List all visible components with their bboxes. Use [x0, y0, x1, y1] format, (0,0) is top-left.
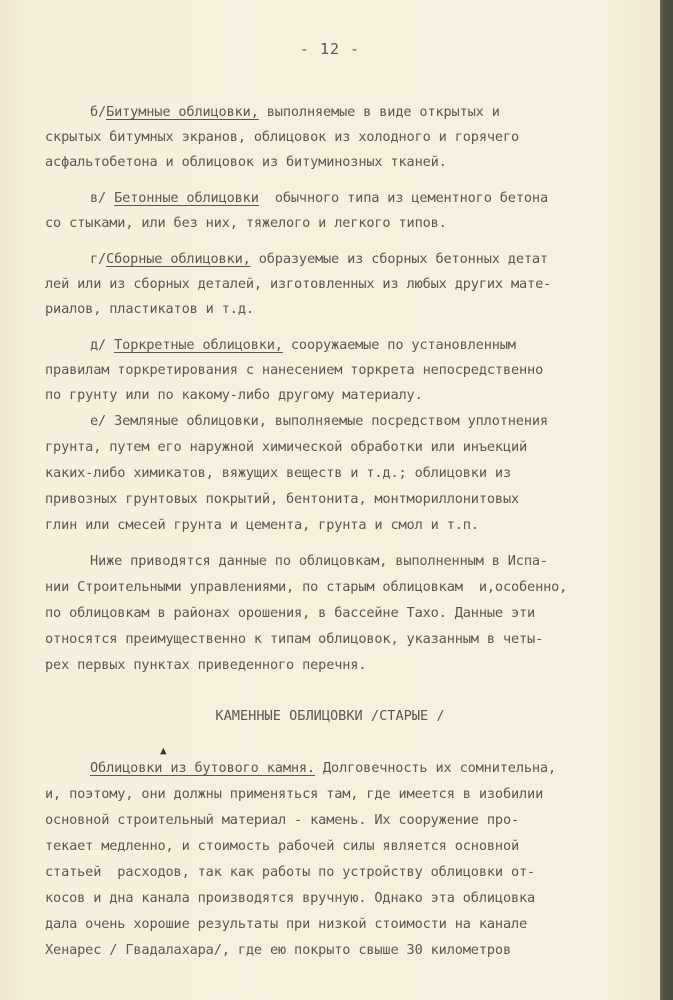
item-marker: г/	[90, 251, 106, 267]
binding-edge	[660, 0, 673, 1000]
handwritten-mark: ▲	[160, 744, 167, 757]
paragraph-e-line-4: привозных грунтовых покрытий, бентонита,…	[45, 493, 519, 507]
stone-line-7: дала очень хорошие результаты при низкой…	[45, 918, 527, 932]
paragraph-g-line-3: риалов, пластикатов и т.д.	[45, 303, 254, 317]
paragraph-b-line-2: скрытых битумных экранов, облицовок из х…	[45, 131, 519, 145]
section-heading: КАМЕННЫЕ ОБЛИЦОВКИ /СТАРЫЕ /	[0, 708, 660, 724]
paragraph-d-line-2: правилам торкретирования с нанесением то…	[45, 364, 543, 378]
paragraph-g-line-1: г/Сборные облицовки, образуемые из сборн…	[90, 253, 548, 267]
item-title: Облицовки из бутового камня.	[90, 760, 315, 776]
paragraph-b-line-1: б/Битумные облицовки, выполняемые в виде…	[90, 106, 500, 120]
paragraph-v-line-2: со стыками, или без них, тяжелого и легк…	[45, 217, 447, 231]
intro-line-1: Ниже приводятся данные по облицовкам, вы…	[90, 555, 548, 569]
item-marker: б/	[90, 104, 106, 120]
paragraph-e-line-2: грунта, путем его наружной химической об…	[45, 441, 527, 455]
paragraph-e-line-3: каких-либо химикатов, вяжущих веществ и …	[45, 467, 511, 481]
stone-line-6: косов и дна канала производятся вручную.…	[45, 892, 535, 906]
paragraph-d-line-1: д/ Торкретные облицовки, сооружаемые по …	[90, 339, 516, 353]
item-title: Битумные облицовки,	[106, 104, 259, 120]
item-marker: д/	[90, 337, 106, 353]
stone-line-8: Хенарес / Гвадалахара/, где ею покрыто с…	[45, 944, 511, 958]
paragraph-g-line-2: лей или из сборных деталей, изготовленны…	[45, 278, 551, 292]
scanned-page: - 12 - б/Битумные облицовки, выполняемые…	[0, 0, 660, 1000]
intro-line-5: рех первых пунктах приведенного перечня.	[45, 659, 366, 673]
paragraph-e-line-5: глин или смесей грунта и цемента, грунта…	[45, 519, 479, 533]
paragraph-e-line-1: е/ Земляные облицовки, выполняемые посре…	[90, 415, 548, 429]
paragraph-v-line-1: в/ Бетонные облицовки обычного типа из ц…	[90, 192, 548, 206]
item-title: Сборные облицовки,	[106, 251, 251, 267]
stone-line-2: и, поэтому, они должны применяться там, …	[45, 788, 543, 802]
item-title: Торкретные облицовки,	[114, 337, 283, 353]
item-marker: в/	[90, 190, 106, 206]
intro-line-3: по облицовкам в районах орошения, в басс…	[45, 607, 535, 621]
page-number: - 12 -	[0, 40, 660, 58]
stone-line-4: текает медленно, и стоимость рабочей сил…	[45, 840, 519, 854]
stone-line-1: Облицовки из бутового камня. Долговечнос…	[90, 762, 556, 776]
paragraph-d-line-3: по грунту или по какому-либо другому мат…	[45, 389, 423, 403]
item-title: Бетонные облицовки	[114, 190, 259, 206]
intro-line-2: нии Строительными управлениями, по стары…	[45, 581, 567, 595]
paragraph-b-line-3: асфальтобетона и облицовок из битуминозн…	[45, 156, 447, 170]
stone-line-3: основной строительный материал - камень.…	[45, 814, 519, 828]
stone-line-5: статьей расходов, так как работы по устр…	[45, 866, 535, 880]
intro-line-4: относятся преимущественно к типам облицо…	[45, 633, 543, 647]
